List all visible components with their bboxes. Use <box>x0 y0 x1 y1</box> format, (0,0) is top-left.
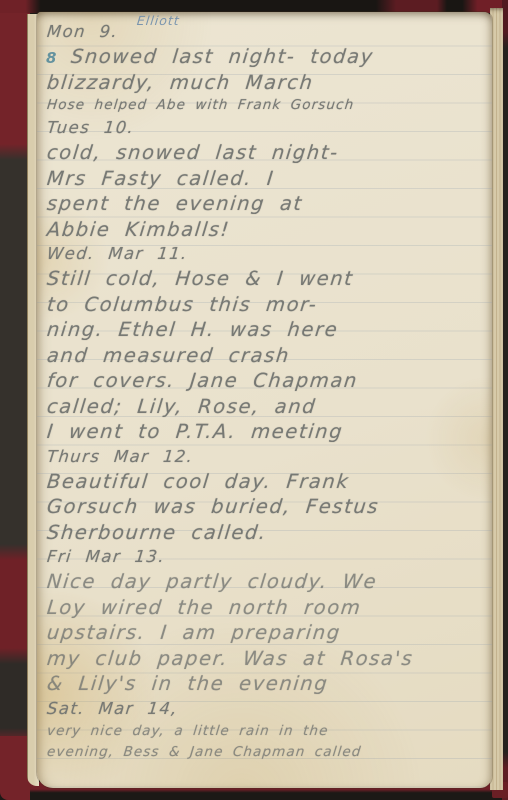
journal-line: Tues 10. <box>46 116 484 140</box>
journal-line: Thurs Mar 12. <box>46 445 484 469</box>
journal-line: to Columbus this mor- <box>46 292 484 318</box>
journal-line: for covers. Jane Chapman <box>46 368 484 394</box>
journal-line: Still cold, Hose & I went <box>46 266 484 292</box>
journal-line: my club paper. Was at Rosa's <box>46 646 484 672</box>
journal-line: upstairs. I am preparing <box>46 620 484 646</box>
journal-line: Beautiful cool day. Frank <box>46 469 484 495</box>
journal-line: Abbie Kimballs! <box>46 217 484 243</box>
journal-lines: Mon 9.Snowed last night- todayblizzardy,… <box>47 20 482 763</box>
journal-line: Wed. Mar 11. <box>46 242 484 266</box>
journal-line: evening, Bess & Jane Chapman called <box>46 742 483 763</box>
blue-name-annotation: Elliott <box>136 13 493 28</box>
notebook-cover-left-edge <box>0 0 30 800</box>
diary-photo: 8 Mon 9.Snowed last night- todayblizzard… <box>0 0 508 800</box>
journal-line: Snowed last night- today <box>46 44 484 70</box>
journal-line: Sherbourne called. <box>46 520 484 546</box>
journal-line: blizzardy, much March <box>46 70 484 96</box>
journal-line: I went to P.T.A. meeting <box>46 419 484 445</box>
journal-line: Nice day partly cloudy. We <box>46 569 484 595</box>
journal-line: and measured crash <box>46 343 484 369</box>
journal-line: very nice day, a little rain in the <box>46 721 483 742</box>
journal-line: Gorsuch was buried, Festus <box>46 494 484 520</box>
journal-line: cold, snowed last night- <box>46 140 484 166</box>
journal-line: spent the evening at <box>46 191 484 217</box>
journal-line: Mrs Fasty called. I <box>46 166 484 192</box>
cover-corner-bottom-left <box>0 736 30 800</box>
journal-line: Hose helped Abe with Frank Gorsuch <box>46 95 483 116</box>
diary-page: 8 Mon 9.Snowed last night- todayblizzard… <box>37 12 492 788</box>
journal-line: ning. Ethel H. was here <box>46 317 484 343</box>
journal-line: Sat. Mar 14, <box>46 697 484 721</box>
journal-line: Loy wired the north room <box>46 595 484 621</box>
journal-line: Fri Mar 13. <box>46 545 484 569</box>
journal-line: called; Lily, Rose, and <box>46 394 484 420</box>
journal-line: & Lily's in the evening <box>46 671 484 697</box>
